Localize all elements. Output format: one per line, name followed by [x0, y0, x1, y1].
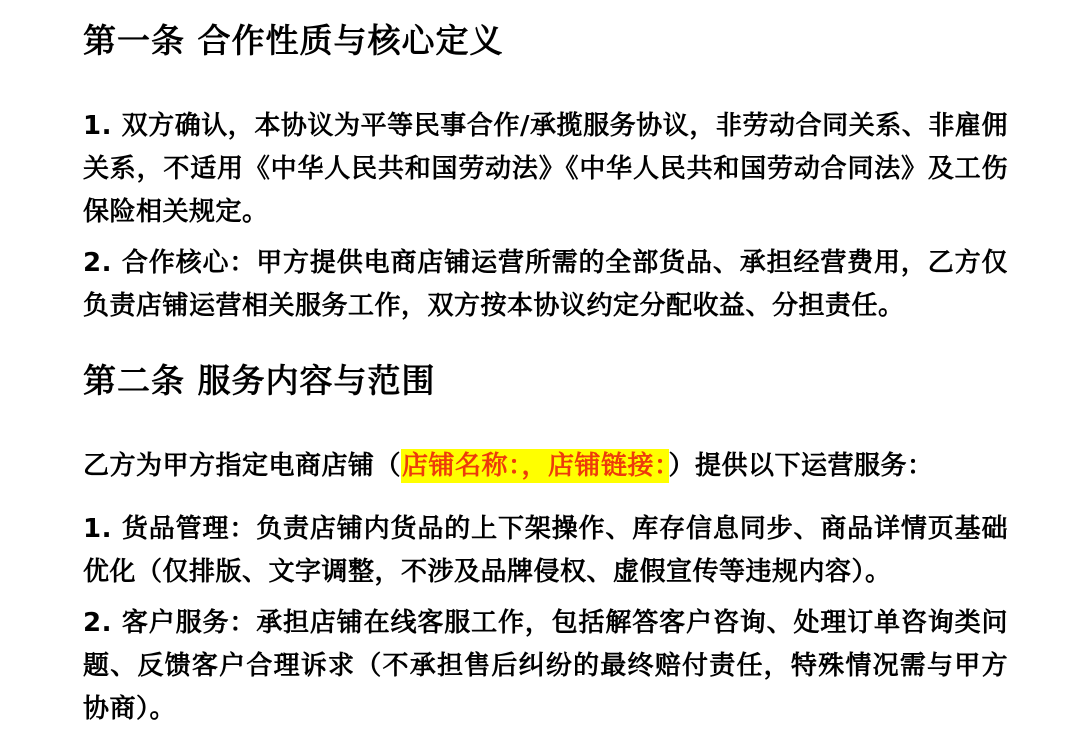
- clause-1-2-cooperation-core: 2. 合作核心：甲方提供电商店铺运营所需的全部货品、承担经营费用，乙方仅负责店铺…: [83, 242, 1008, 328]
- section-1-heading: 第一条 合作性质与核心定义: [83, 19, 1008, 63]
- clause-1-1-cooperation-nature: 1. 双方确认，本协议为平等民事合作/承揽服务协议，非劳动合同关系、非雇佣关系，…: [83, 105, 1008, 234]
- contract-document: 第一条 合作性质与核心定义 1. 双方确认，本协议为平等民事合作/承揽服务协议，…: [0, 0, 1080, 738]
- section-2-heading: 第二条 服务内容与范围: [83, 359, 1008, 403]
- clause-2-2-customer-service: 2. 客户服务：承担店铺在线客服工作，包括解答客户咨询、处理订单咨询类问题、反馈…: [83, 602, 1008, 731]
- shop-name-link-placeholder-highlight: 店铺名称：，店铺链接：: [401, 449, 669, 483]
- clause-2-1-goods-management: 1. 货品管理：负责店铺内货品的上下架操作、库存信息同步、商品详情页基础优化（仅…: [83, 508, 1008, 594]
- section-2-intro: 乙方为甲方指定电商店铺（店铺名称：，店铺链接：）提供以下运营服务：: [83, 445, 1008, 488]
- intro-prefix-text: 乙方为甲方指定电商店铺（: [83, 451, 401, 481]
- intro-suffix-text: ）提供以下运营服务：: [669, 451, 934, 481]
